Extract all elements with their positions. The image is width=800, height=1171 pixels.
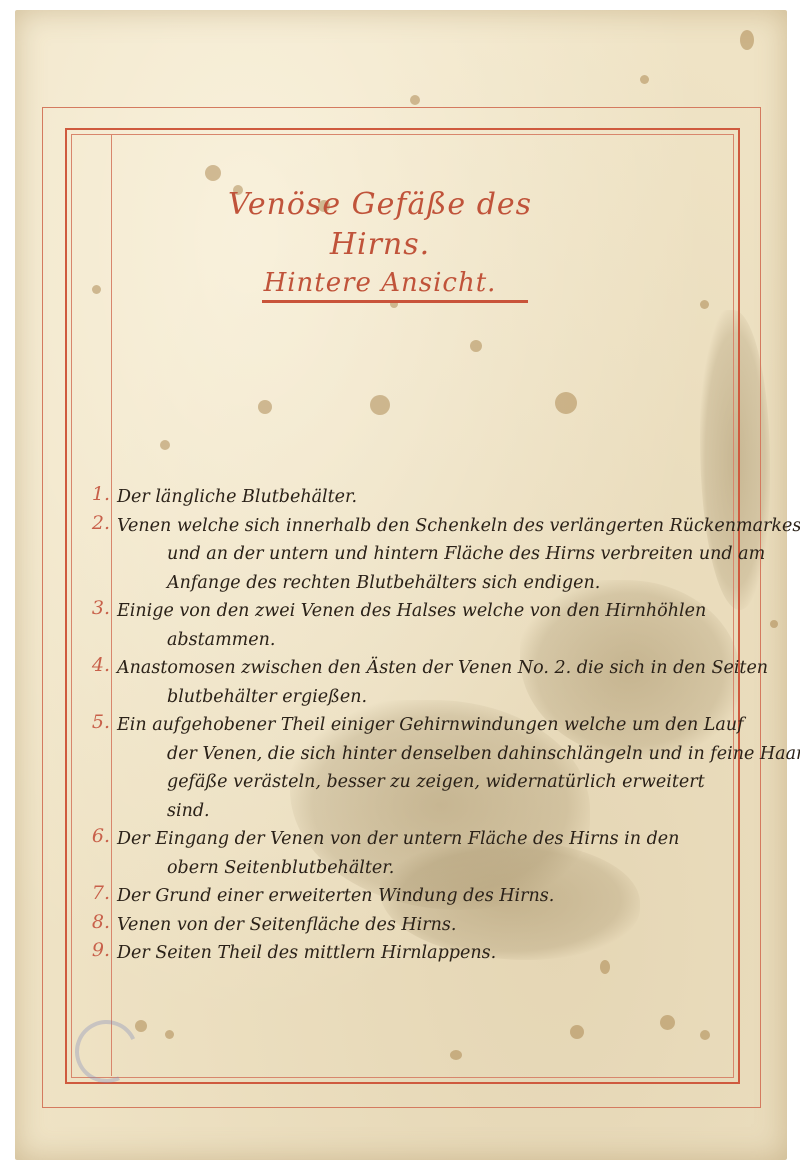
item-number: 3. xyxy=(80,597,110,619)
item-text: Der Eingang der Venen von der untern Flä… xyxy=(117,825,730,854)
item-number: 5. xyxy=(80,711,110,733)
item-number: 7. xyxy=(80,882,110,904)
list-item: 9. Der Seiten Theil des mittlern Hirnlap… xyxy=(80,939,730,968)
item-text-continued: und an der untern und hintern Fläche des… xyxy=(117,540,730,569)
item-text: Venen von der Seitenfläche des Hirns. xyxy=(117,911,730,940)
list-item: 4. Anastomosen zwischen den Ästen der Ve… xyxy=(80,654,730,711)
legend-list: 1. Der längliche Blutbehälter. 2. Venen … xyxy=(80,483,730,968)
item-text-continued: gefäße verästeln, besser zu zeigen, wide… xyxy=(117,768,730,797)
item-text-continued: abstammen. xyxy=(117,626,730,655)
item-text-continued: der Venen, die sich hinter denselben dah… xyxy=(117,740,730,769)
list-item: 7. Der Grund einer erweiterten Windung d… xyxy=(80,882,730,911)
list-item: 2. Venen welche sich innerhalb den Schen… xyxy=(80,512,730,598)
list-item: 6. Der Eingang der Venen von der untern … xyxy=(80,825,730,882)
item-text: Einige von den zwei Venen des Halses wel… xyxy=(117,597,730,626)
item-text-continued: obern Seitenblutbehälter. xyxy=(117,854,730,883)
list-item: 3. Einige von den zwei Venen des Halses … xyxy=(80,597,730,654)
title-line-2: Hintere Ansicht. xyxy=(190,265,570,301)
item-number: 2. xyxy=(80,512,110,534)
item-text-continued: blutbehälter ergießen. xyxy=(117,683,730,712)
item-text-continued: sind. xyxy=(117,797,730,826)
list-item: 5. Ein aufgehobener Theil einiger Gehirn… xyxy=(80,711,730,825)
item-text: Venen welche sich innerhalb den Schenkel… xyxy=(117,512,730,541)
item-text: Der Grund einer erweiterten Windung des … xyxy=(117,882,730,911)
list-item: 1. Der längliche Blutbehälter. xyxy=(80,483,730,512)
item-number: 4. xyxy=(80,654,110,676)
page-title: Venöse Gefäße des Hirns. Hintere Ansicht… xyxy=(190,185,570,301)
item-text-continued: Anfange des rechten Blutbehälters sich e… xyxy=(117,569,730,598)
title-line-1: Venöse Gefäße des Hirns. xyxy=(190,185,570,265)
item-text: Anastomosen zwischen den Ästen der Venen… xyxy=(117,654,730,683)
item-number: 9. xyxy=(80,939,110,961)
item-text: Ein aufgehobener Theil einiger Gehirnwin… xyxy=(117,711,730,740)
item-number: 6. xyxy=(80,825,110,847)
item-text: Der längliche Blutbehälter. xyxy=(117,483,730,512)
item-number: 1. xyxy=(80,483,110,505)
item-number: 8. xyxy=(80,911,110,933)
title-underline xyxy=(262,300,528,303)
item-text: Der Seiten Theil des mittlern Hirnlappen… xyxy=(117,939,730,968)
list-item: 8. Venen von der Seitenfläche des Hirns. xyxy=(80,911,730,940)
